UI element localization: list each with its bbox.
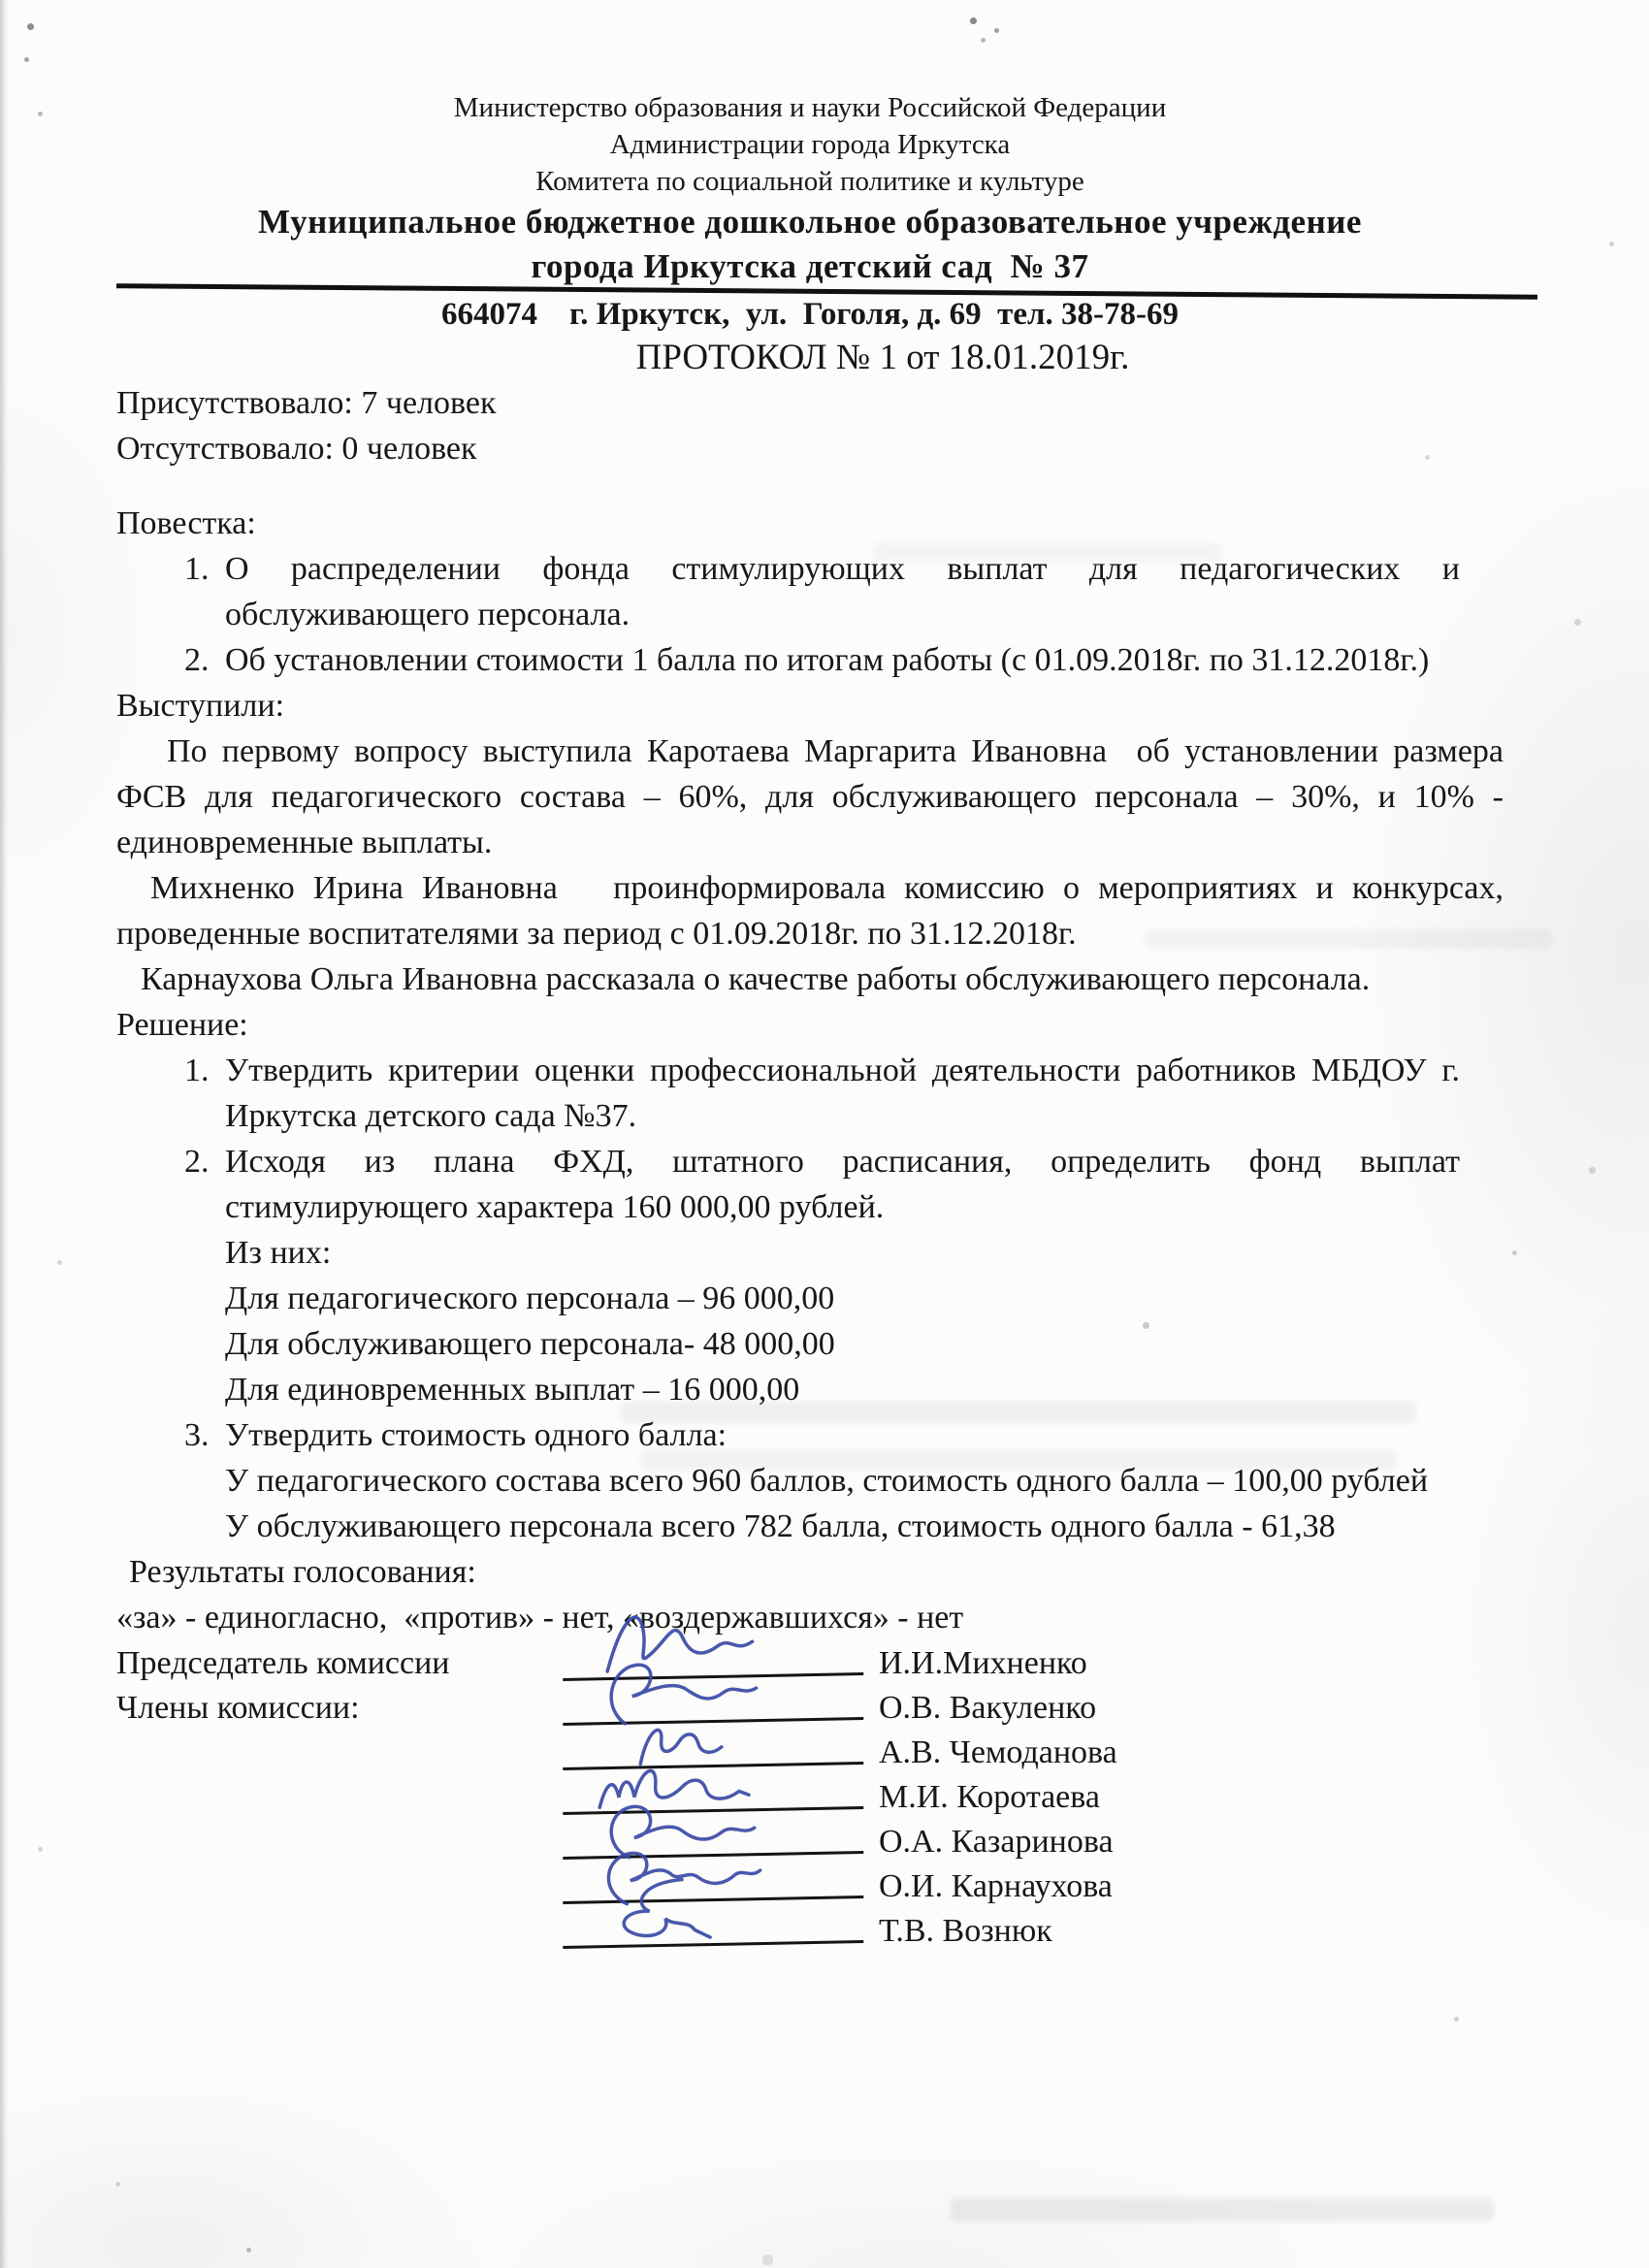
attendance-block: Присутствовало: 7 человек Отсутствовало:… (116, 380, 1503, 471)
decision-item-3-subline: У обслуживающего персонала всего 782 бал… (116, 1504, 1503, 1549)
signer-name: О.И. Карнаухова (879, 1865, 1113, 1908)
letterhead-committee: Комитета по социальной политике и культу… (116, 163, 1503, 200)
signature-row: А.В. Чемоданова (116, 1730, 1503, 1774)
letterhead-ministry: Министерство образования и науки Российс… (116, 89, 1503, 126)
decision-item-2: 2.Исходя из плана ФХД, штатного расписан… (116, 1139, 1503, 1230)
decision-item-3-number: 3. (184, 1412, 225, 1458)
decision-item-2-subline: Для обслуживающего персонала- 48 000,00 (116, 1321, 1503, 1367)
organization-name: Муниципальное бюджетное дошкольное образ… (116, 200, 1503, 289)
agenda-item-1-number: 1. (184, 546, 225, 592)
chair-label: Председатель комиссии (116, 1642, 563, 1685)
signature-row: М.И. Коротаева (116, 1774, 1503, 1819)
agenda-item-1-text: О распределении фонда стимулирующих выпл… (225, 551, 1460, 632)
signature-row: О.И. Карнаухова (116, 1863, 1503, 1908)
signer-name: М.И. Коротаева (879, 1776, 1100, 1819)
signature-line (563, 1822, 864, 1860)
organization-name-line2: города Иркутска детский сад № 37 (116, 244, 1503, 289)
signer-name: И.И.Михненко (879, 1642, 1087, 1685)
letterhead-administration: Администрации города Иркутска (116, 126, 1503, 163)
signature-line (563, 1777, 864, 1815)
letterhead: Министерство образования и науки Российс… (116, 89, 1503, 200)
decision-item-3-text: Утвердить стоимость одного балла: (225, 1417, 727, 1453)
decision-item-2-subline: Для педагогического персонала – 96 000,0… (116, 1276, 1503, 1321)
signer-name: Т.В. Вознюк (879, 1910, 1052, 1953)
signer-name: О.В. Вакуленко (879, 1687, 1096, 1730)
decision-item-2-text: Исходя из плана ФХД, штатного расписания… (225, 1144, 1460, 1225)
document-content: Министерство образования и науки Российс… (0, 0, 1649, 1953)
voting-heading: Результаты голосования: (129, 1549, 1503, 1595)
decision-heading: Решение: (116, 1002, 1503, 1048)
signature-block: Председатель комиссии И.И.Михненко Члены… (116, 1640, 1503, 1953)
agenda-item-2-text: Об установлении стоимости 1 балла по ито… (225, 642, 1429, 678)
signature-line (563, 1733, 864, 1770)
agenda-item-1: 1.О распределении фонда стимулирующих вы… (116, 546, 1503, 637)
speech-paragraph-3: Карнаухова Ольга Ивановна рассказала о к… (116, 956, 1503, 1002)
signature-line (563, 1866, 864, 1904)
absent-line: Отсутствовало: 0 человек (116, 426, 1503, 471)
document-page: Министерство образования и науки Российс… (0, 0, 1649, 2268)
signature-line (563, 1911, 864, 1949)
decision-item-1-text: Утвердить критерии оценки профессиональн… (225, 1053, 1460, 1134)
signature-line (563, 1643, 864, 1681)
signature-row: Председатель комиссии И.И.Михненко (116, 1640, 1503, 1685)
voting-result: «за» - единогласно, «против» - нет, «воз… (116, 1595, 1503, 1640)
signer-name: А.В. Чемоданова (879, 1732, 1117, 1774)
agenda-heading: Повестка: (116, 501, 1503, 546)
signature-row: О.А. Казаринова (116, 1819, 1503, 1863)
organization-name-line1: Муниципальное бюджетное дошкольное образ… (116, 200, 1503, 244)
speech-paragraph-1: По первому вопросу выступила Каротаева М… (116, 729, 1503, 865)
signature-line (563, 1688, 864, 1726)
bleedthrough-artifact (951, 2198, 1494, 2221)
decision-item-2-subline: Для единовременных выплат – 16 000,00 (116, 1367, 1503, 1412)
agenda-item-2-number: 2. (184, 637, 225, 683)
decision-item-2-subline: Из них: (116, 1230, 1503, 1276)
present-line: Присутствовало: 7 человек (116, 380, 1503, 426)
signature-row: Члены комиссии: О.В. Вакуленко (116, 1685, 1503, 1730)
agenda-item-2: 2.Об установлении стоимости 1 балла по и… (116, 637, 1503, 683)
protocol-title: ПРОТОКОЛ № 1 от 18.01.2019г. (189, 335, 1576, 380)
decision-item-2-number: 2. (184, 1139, 225, 1184)
decision-item-3-subline: У педагогического состава всего 960 балл… (116, 1458, 1503, 1504)
decision-item-3: 3.Утвердить стоимость одного балла: (116, 1412, 1503, 1458)
speech-paragraph-2: Михненко Ирина Ивановна проинформировала… (116, 865, 1503, 956)
decision-item-1: 1.Утвердить критерии оценки профессионал… (116, 1048, 1503, 1139)
decision-item-1-number: 1. (184, 1048, 225, 1093)
members-label: Члены комиссии: (116, 1687, 563, 1730)
organization-address: 664074 г. Иркутск, ул. Гоголя, д. 69 тел… (116, 294, 1503, 335)
signature-row: Т.В. Вознюк (116, 1908, 1503, 1953)
signer-name: О.А. Казаринова (879, 1821, 1114, 1863)
speeches-heading: Выступили: (116, 683, 1503, 729)
